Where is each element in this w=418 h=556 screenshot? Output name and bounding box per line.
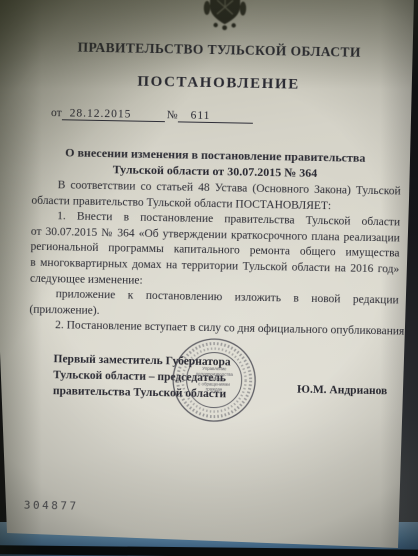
org-name: ПРАВИТЕЛЬСТВО ТУЛЬСКОЙ ОБЛАСТИ <box>19 38 418 61</box>
stamp-text-line: граждан <box>195 387 232 393</box>
tula-coat-of-arms-icon <box>201 0 250 32</box>
stamp-text: Управление делопроизводства и работы с о… <box>186 352 242 408</box>
document-content: ПРАВИТЕЛЬСТВО ТУЛЬСКОЙ ОБЛАСТИ ПОСТАНОВЛ… <box>0 0 418 556</box>
signature-name: Ю.М. Андрианов <box>297 384 387 398</box>
date-label: от <box>51 107 62 119</box>
document-title: О внесении изменения в постановление пра… <box>30 144 401 183</box>
number-value: 611 <box>177 109 252 123</box>
number-sign: № <box>167 109 178 121</box>
document-body: В соответствии со статьей 48 Устава (Осн… <box>29 178 401 341</box>
approval-stamp-icon: Управление делопроизводства и работы с о… <box>169 335 259 425</box>
date-number-row: от28.12.2015№611 <box>51 107 253 124</box>
doc-type-title: ПОСТАНОВЛЕНИЕ <box>18 71 418 95</box>
document-photo-scene: ПРАВИТЕЛЬСТВО ТУЛЬСКОЙ ОБЛАСТИ ПОСТАНОВЛ… <box>0 0 418 556</box>
date-value: 28.12.2015 <box>62 107 165 122</box>
registration-number: 304877 <box>24 499 79 513</box>
